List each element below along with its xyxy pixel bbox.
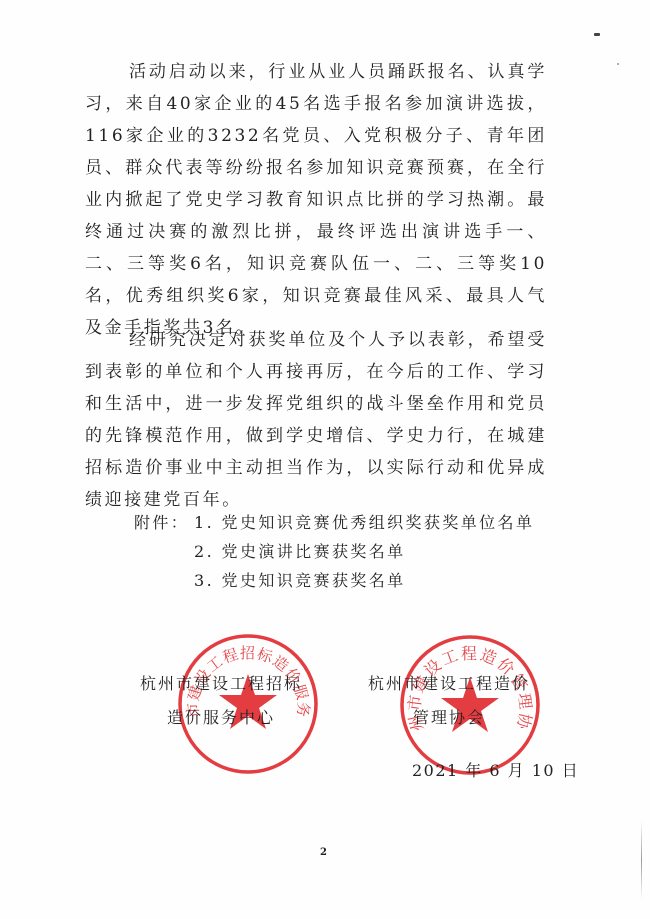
org-name-line: 杭州市建设工程招标	[136, 667, 306, 701]
attachment-text: 1. 党史知识竞赛优秀组织奖获奖单位名单	[194, 508, 534, 537]
paragraph-text: 经研究决定对获奖单位及个人予以表彰，希望受到表彰的单位和个人再接再厉，在今后的工…	[85, 324, 547, 516]
signature-org-1: 杭州市建设工程招标 造价服务中心	[136, 667, 306, 735]
attachment-text: 3. 党史知识竞赛获奖名单	[194, 566, 406, 595]
attachment-item: 2. 党史演讲比赛获奖名单	[134, 537, 534, 566]
scan-speck	[617, 63, 619, 65]
page-number: 2	[320, 847, 327, 858]
org-name-line: 杭州市建设工程造价	[364, 667, 534, 701]
document-page: 活动启动以来，行业从业人员踊跃报名、认真学习，来自40家企业的45名选手报名参加…	[0, 0, 650, 919]
signature-org-2: 杭州市建设工程造价 管理协会	[364, 667, 534, 735]
attachment-item: 附件： 1. 党史知识竞赛优秀组织奖获奖单位名单	[134, 508, 534, 537]
scan-edge	[641, 820, 642, 900]
scan-speck	[594, 33, 600, 36]
attachments-label: 附件：	[134, 508, 194, 537]
attachment-text: 2. 党史演讲比赛获奖名单	[194, 537, 406, 566]
body-paragraph-2: 经研究决定对获奖单位及个人予以表彰，希望受到表彰的单位和个人再接再厉，在今后的工…	[85, 324, 547, 516]
body-paragraph-1: 活动启动以来，行业从业人员踊跃报名、认真学习，来自40家企业的45名选手报名参加…	[85, 56, 547, 344]
attachments-list: 附件： 1. 党史知识竞赛优秀组织奖获奖单位名单 2. 党史演讲比赛获奖名单 3…	[134, 508, 534, 595]
document-date: 2021 年 6 月 10 日	[412, 758, 579, 781]
org-name-line: 管理协会	[364, 701, 534, 735]
paragraph-text: 活动启动以来，行业从业人员踊跃报名、认真学习，来自40家企业的45名选手报名参加…	[85, 56, 547, 344]
attachment-item: 3. 党史知识竞赛获奖名单	[134, 566, 534, 595]
org-name-line: 造价服务中心	[136, 701, 306, 735]
